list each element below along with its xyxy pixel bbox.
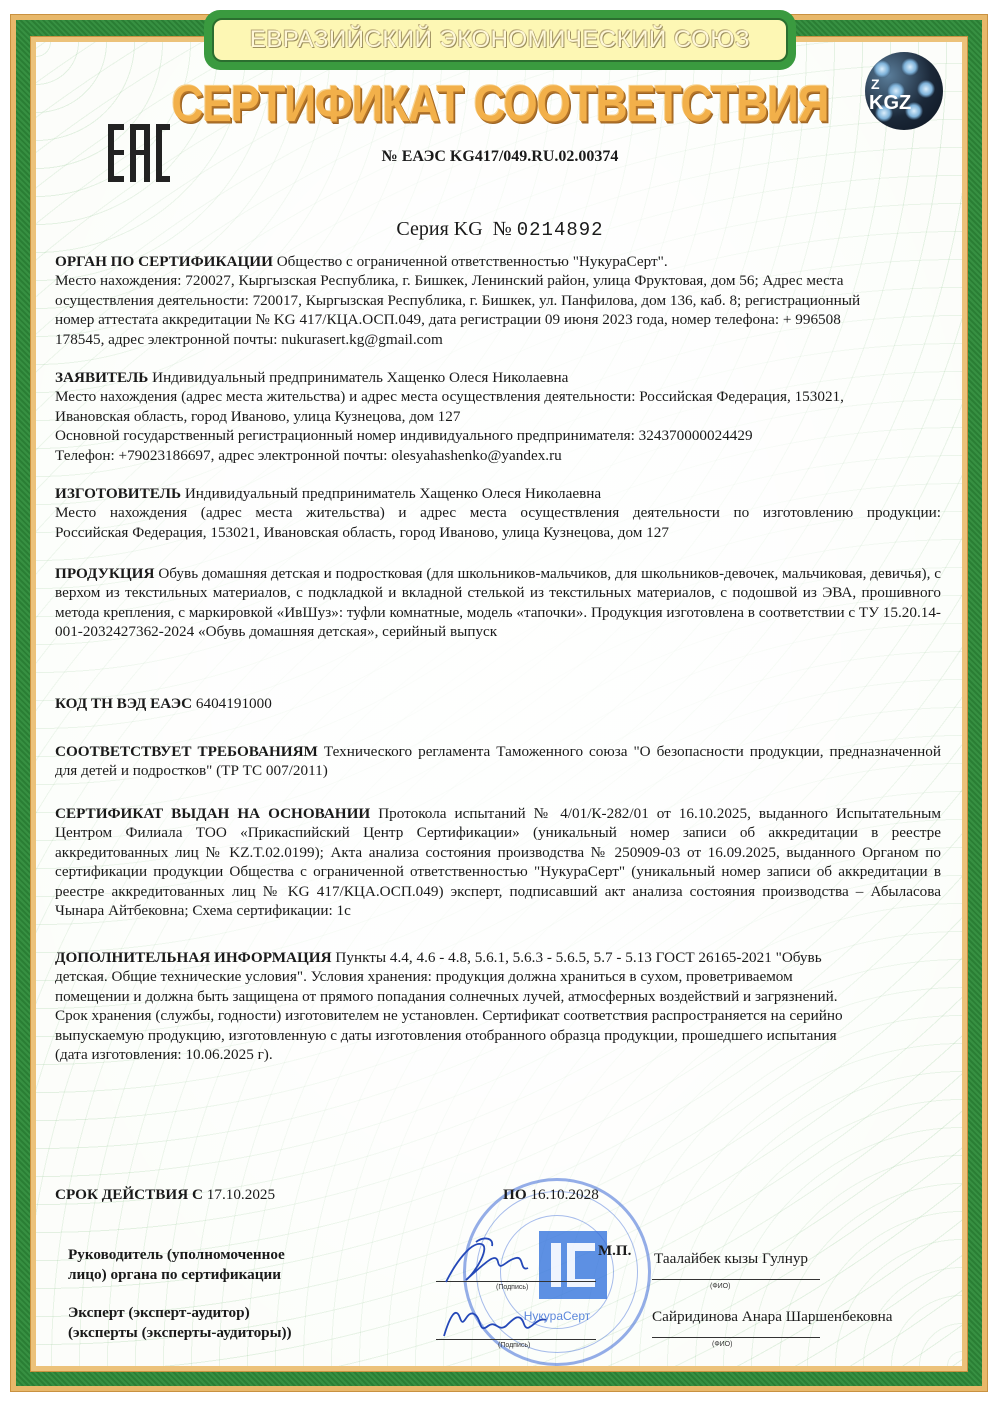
head-signature-icon [436,1232,556,1292]
applicant-section: ЗАЯВИТЕЛЬ Индивидуальный предприниматель… [55,368,941,465]
product-section: ПРОДУКЦИЯ Обувь домашняя детская и подро… [55,564,941,642]
series-label: Серия KG [396,218,482,240]
certification-body-name: Общество с ограниченной ответственностью… [277,253,668,270]
additional-info-line: Пункты 4.4, 4.6 - 4.8, 5.6.1, 5.6.3 - 5.… [335,949,821,966]
validity-from-label: СРОК ДЕЙСТВИЯ С [55,1186,203,1203]
series-no-sign: № [493,218,512,240]
applicant-line: Место нахождения (адрес места жительства… [55,387,941,406]
certification-body-line: Место нахождения: 720027, Кыргызская Рес… [55,271,941,290]
additional-info-heading: ДОПОЛНИТЕЛЬНАЯ ИНФОРМАЦИЯ [55,949,332,966]
applicant-name: Индивидуальный предприниматель Хащенко О… [152,369,568,386]
complies-heading: СООТВЕТСТВУЕТ ТРЕБОВАНИЯМ [55,743,318,760]
manufacturer-line: Место нахождения (адрес места жительства… [55,503,941,522]
hologram-text: KGZ [869,92,911,115]
head-label-line: лицо) органа по сертификации [68,1265,285,1285]
union-banner-text: ЕВРАЗИЙСКИЙ ЭКОНОМИЧЕСКИЙ СОЮЗ [250,26,750,54]
validity-from-date: 17.10.2025 [207,1186,275,1203]
certification-body-line: осуществления деятельности: 720017, Кырг… [55,291,941,310]
certification-body-section: ОРГАН ПО СЕРТИФИКАЦИИ Общество с огранич… [55,252,941,349]
issued-basis-section: СЕРТИФИКАТ ВЫДАН НА ОСНОВАНИИ Протокола … [55,804,941,920]
expert-name-caption: (ФИО) [712,1341,732,1348]
certification-body-line: номер аттестата аккредитации № KG 417/КЦ… [55,310,941,329]
additional-info-line: Срок хранения (службы, годности) изготов… [55,1006,941,1025]
expert-label-line: Эксперт (эксперт-аудитор) [68,1303,292,1323]
product-description: Обувь домашняя детская и подростковая (д… [55,565,941,640]
applicant-heading: ЗАЯВИТЕЛЬ [55,369,148,386]
additional-info-line: выпускаемую продукцию, изготовленную с д… [55,1026,941,1045]
hs-code-value: 6404191000 [196,695,272,712]
kgz-hologram-icon: Z KGZ [865,52,943,130]
applicant-line: Основной государственный регистрационный… [55,426,941,445]
manufacturer-section: ИЗГОТОВИТЕЛЬ Индивидуальный предпринимат… [55,484,941,542]
head-signatory-label: Руководитель (уполномоченное лицо) орган… [68,1245,285,1285]
product-heading: ПРОДУКЦИЯ [55,565,154,582]
hs-code-section: КОД ТН ВЭД ЕАЭС 6404191000 [55,694,941,713]
head-name-caption: (ФИО) [710,1283,730,1290]
certificate: СЕРТИФИКАТ СООТВЕТСТВИЯ Z KGZ № ЕАЭС KG4… [0,0,1000,1414]
expert-name: Сайридинова Анара Шаршенбековна [652,1308,893,1326]
manufacturer-heading: ИЗГОТОВИТЕЛЬ [55,485,181,502]
seal-label: М.П. [598,1243,631,1260]
complies-section: СООТВЕТСТВУЕТ ТРЕБОВАНИЯМ Технического р… [55,742,941,781]
head-name-line [652,1279,820,1280]
manufacturer-name: Индивидуальный предприниматель Хащенко О… [185,485,601,502]
applicant-line: Телефон: +79023186697, адрес электронной… [55,446,941,465]
additional-info-line: помещении и должна быть защищена от прям… [55,987,941,1006]
union-banner: ЕВРАЗИЙСКИЙ ЭКОНОМИЧЕСКИЙ СОЮЗ [204,10,796,70]
hs-code-heading: КОД ТН ВЭД ЕАЭС [55,695,192,712]
validity-from: СРОК ДЕЙСТВИЯ С 17.10.2025 [55,1186,275,1204]
union-banner-inner: ЕВРАЗИЙСКИЙ ЭКОНОМИЧЕСКИЙ СОЮЗ [212,18,788,62]
issued-basis-heading: СЕРТИФИКАТ ВЫДАН НА ОСНОВАНИИ [55,805,370,822]
head-label-line: Руководитель (уполномоченное [68,1245,285,1265]
additional-info-section: ДОПОЛНИТЕЛЬНАЯ ИНФОРМАЦИЯ Пункты 4.4, 4.… [55,948,941,1064]
validity-to: ПО 16.10.2028 [503,1186,599,1204]
expert-name-line [652,1337,820,1338]
additional-info-line: детская. Общие технические условия". Усл… [55,967,941,986]
expert-signature-icon [436,1296,566,1346]
certification-body-line: 178545, адрес электронной почты: nukuras… [55,330,941,349]
certification-body-heading: ОРГАН ПО СЕРТИФИКАЦИИ [55,253,273,270]
issued-basis-text: Протокола испытаний № 4/01/К-282/01 от 1… [55,805,941,919]
certificate-number: № ЕАЭС KG417/049.RU.02.00374 [0,148,1000,166]
expert-label-line: (эксперты (эксперты-аудиторы)) [68,1323,292,1343]
head-name: Таалайбек кызы Гулнур [654,1250,808,1268]
validity-to-date: 16.10.2028 [530,1186,598,1203]
additional-info-line: (дата изготовления: 10.06.2025 г). [55,1045,941,1064]
validity-to-label: ПО [503,1186,527,1203]
applicant-line: Ивановская область, город Иваново, улица… [55,407,941,426]
series-line: Серия KG № 0214892 [0,218,1000,241]
expert-signatory-label: Эксперт (эксперт-аудитор) (эксперты (экс… [68,1303,292,1343]
series-number: 0214892 [517,219,604,241]
manufacturer-line: Российская Федерация, 153021, Ивановская… [55,523,941,542]
